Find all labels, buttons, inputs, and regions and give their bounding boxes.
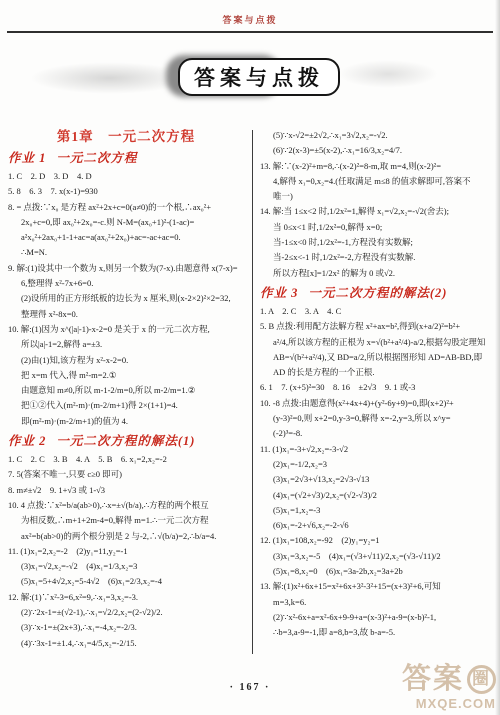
watermark-brand: 答案 圈 — [402, 663, 496, 695]
answer-line: 6. 1 7. (x+5)²=30 8. 16 ±2√3 9. 1 或-3 — [260, 380, 494, 395]
answer-line: 8. = 点拨:∵x₀ 是方程 ax²+2x+c=0(a≠0)的一个根,∴ax₀… — [8, 200, 244, 215]
answer-line: 5. 8 6. 3 7. x(x-1)=930 — [8, 184, 244, 199]
answer-line: (5)x₁=5+4√2,x₂=5-4√2 (6)x₁=2/3,x₂=-4 — [8, 574, 244, 589]
answer-line: (3)x₁=√2,x₂=-√2 (4)x₁=1/3,x₂=3 — [8, 559, 244, 574]
answer-line: 9. 解:(1)设其中一个数为 x,则另一个数为(7-x).由题意得 x(7-x… — [8, 261, 244, 276]
title-badge-text: 答案与点拨 — [194, 62, 324, 92]
answer-line: 4,解得 x₁=0,x₂=4.(任取满足 m≤8 的值求解即可,答案不 — [260, 174, 494, 189]
answer-line: AB=√(b²+a²/4),又 BD=a/2,所以根据图形知 AD=AB-BD,… — [260, 350, 494, 365]
section-title: 一元二次方程的解法(1) — [56, 434, 195, 448]
answer-line: 6,整理得 x²-7x+6=0. — [8, 276, 244, 291]
answer-line: 整理得 x²-8x=0. — [8, 307, 244, 322]
answer-line: 当-2≤x<-1 时,1/2x²=-2,方程没有实数解. — [260, 250, 494, 265]
answer-line: (3)∵x-1=±(2x+3),∴x₁=-4,x₂=-2/3. — [8, 620, 244, 635]
running-header-title: 答案与点拨 — [222, 15, 277, 25]
answer-line: 10. 4 点拨:∵x²=b/a(ab>0),∴x=±√(b/a),∴方程的两个… — [8, 498, 244, 513]
answer-line: 当-1≤x<0 时,1/2x²=-1,方程没有实数解; — [260, 235, 494, 250]
answer-line: (2)由(1)知,该方程为 x²-x-2=0. — [8, 353, 244, 368]
answer-line: (5)∵x-√2=±2√2,∴x₁=3√2,x₂=-√2. — [260, 128, 494, 143]
answer-line: 所以方程[x]=1/2x² 的解为 0 或√2. — [260, 266, 494, 281]
answer-line: (6)x₁=-2+√6,x₂=-2-√6 — [260, 518, 494, 533]
answer-line: 1. C 2. C 3. B 4. A 5. B 6. x₁=2,x₂=-2 — [8, 452, 244, 467]
answer-line: 11. (1)x₁=2,x₂=-2 (2)y₁=11,y₂=-1 — [8, 544, 244, 559]
watermark: 答案 圈 MXQE.COM — [402, 663, 496, 711]
section-heading: 作业 3一元二次方程的解法(2) — [260, 285, 494, 301]
answer-line: 7. 5(答案不唯一,只要 c≥0 即可) — [8, 467, 244, 482]
answer-line: ∴M=N. — [8, 245, 244, 260]
answer-line: a²x₀²+2ax₀+1-1+ac=a(ax₀²+2x₀)+ac=-ac+ac=… — [8, 230, 244, 245]
answer-line: 把①②代入(m²-m)·(m-2/m+1)得 2×(1+1)=4. — [8, 398, 244, 413]
section-label: 作业 1 — [8, 151, 46, 165]
answer-line: 5. B 点拨:利用配方法解方程 x²+ax=b²,得到(x+a/2)²=b²+ — [260, 319, 494, 334]
title-badge: 答案与点拨 — [0, 54, 500, 106]
answer-line: 1. A 2. C 3. A 4. C — [260, 304, 494, 319]
scan-edge-shade — [495, 0, 500, 715]
section-heading: 作业 2一元二次方程的解法(1) — [8, 433, 244, 449]
answer-line: ∴b=3,a-9=-1,即 a=8,b=3,故 b-a=-5. — [260, 625, 494, 640]
answer-line: (6)∵2(x-3)=±5(x-2),∴x₁=16/3,x₂=4/7. — [260, 143, 494, 158]
right-column: (5)∵x-√2=±2√2,∴x₁=3√2,x₂=-√2.(6)∵2(x-3)=… — [260, 128, 494, 660]
answer-line: (3)x₁=3,x₂=-5 (4)x₁=(√3+√11)/2,x₂=(√3-√1… — [260, 549, 494, 564]
answer-line: (2)设所用的正方形纸板的边长为 x 厘米,则(x-2×2)²×2=32, — [8, 291, 244, 306]
answer-line: (3)x₁=2√3+√13,x₂=2√3-√13 — [260, 472, 494, 487]
section-label: 作业 2 — [8, 434, 46, 448]
watermark-logo-icon: 圈 — [467, 665, 496, 694]
answer-line: 8. m≠±√2 9. 1+√3 或 1-√3 — [8, 483, 244, 498]
answer-line: 12. (1)x₁=108,x₂=-92 (2)y₁=y₂=1 — [260, 533, 494, 548]
answer-line: ax²=b(ab>0)的两个根分别是 2 与-2,∴√(b/a)=2,∴b/a=… — [8, 529, 244, 544]
answer-line: 2x₀+c=0,即 ax₀²+2x₀=-c.则 N-M=(ax₀+1)²-(1-… — [8, 215, 244, 230]
left-column: 第1章 一元二次方程作业 1一元二次方程1. C 2. D 3. D 4. D5… — [8, 128, 244, 660]
answer-line: 14. 解:当 1≤x<2 时,1/2x²=1,解得 x₁=√2,x₂=-√2(… — [260, 204, 494, 219]
watermark-url: MXQE.COM — [402, 696, 496, 711]
answer-line: 即(m²-m)·(m-2/m+1)的值为 4. — [8, 414, 244, 429]
answer-line: 所以|a|-1=2,解得 a=±3. — [8, 337, 244, 352]
answer-line: 唯一) — [260, 189, 494, 204]
chapter-title: 第1章 一元二次方程 — [8, 128, 244, 146]
answer-line: (4)x₁=(√2+√3)/2,x₂=(√2-√3)/2 — [260, 488, 494, 503]
answer-line: m=3,k=6. — [260, 595, 494, 610]
answer-line: 由题意知 m≠0,所以 m-1-2/m=0,所以 m-2/m=1.② — [8, 383, 244, 398]
answer-line: 当 0≤x<1 时,1/2x²=0,解得 x=0; — [260, 220, 494, 235]
answer-line: 为相反数,∴m+1+2m-4=0,解得 m=1.∴一元二次方程 — [8, 513, 244, 528]
section-label: 作业 3 — [260, 286, 298, 300]
answer-line: 13. 解:(1)x²+6x+15=x²+6x+3²-3²+15=(x+3)²+… — [260, 579, 494, 594]
answer-line: 12. 解:(1)∵x²-3=6,x²=9,∴x₁=3,x₂=-3. — [8, 590, 244, 605]
answer-line: 1. C 2. D 3. D 4. D — [8, 169, 244, 184]
answer-line: 13. 解:∵(x-2)²+m=8,∴(x-2)²=8-m,取 m=4,则(x-… — [260, 159, 494, 174]
answer-line: 10. -8 点拨:由题意得(x²+4x+4)+(y²-6y+9)=0,即(x+… — [260, 396, 494, 411]
answer-line: (4)∵3x-1=±1.4,∴x₁=4/5,x₂=-2/15. — [8, 636, 244, 651]
answer-line: 10. 解:(1)因为 x^(|a|-1)-x-2=0 是关于 x 的一元二次方… — [8, 322, 244, 337]
answer-line: (5)x₁=8,x₂=0 (6)x₁=3a-2b,x₂=3a+2b — [260, 564, 494, 579]
answer-line: 11. (1)x₁=-3+√2,x₂=-3-√2 — [260, 442, 494, 457]
answer-line: (y-3)²=0,则 x+2=0,y-3=0,解得 x=-2,y=3,所以 x^… — [260, 411, 494, 426]
answer-line: (2)x₁=-1/2,x₂=3 — [260, 457, 494, 472]
watermark-brand-text: 答案 — [402, 663, 464, 695]
answer-line: (5)x₁=1,x₂=-3 — [260, 503, 494, 518]
answer-line: 把 x=m 代入,得 m²-m=2.① — [8, 368, 244, 383]
scan-smudge-right — [338, 60, 438, 88]
section-title: 一元二次方程 — [56, 151, 137, 165]
column-divider — [252, 130, 253, 654]
book-page: 答案与点拨 答案与点拨 第1章 一元二次方程作业 1一元二次方程1. C 2. … — [0, 0, 500, 715]
header-rule — [7, 31, 493, 33]
section-title: 一元二次方程的解法(2) — [308, 286, 447, 300]
title-badge-box: 答案与点拨 — [178, 58, 340, 96]
content-columns: 第1章 一元二次方程作业 1一元二次方程1. C 2. D 3. D 4. D5… — [8, 128, 494, 660]
answer-line: AD 的长是方程的一个正根. — [260, 365, 494, 380]
running-header: 答案与点拨 — [0, 13, 500, 26]
section-heading: 作业 1一元二次方程 — [8, 150, 244, 166]
answer-line: a²/4,所以该方程的正根为 x=√(b²+a²/4)-a/2,根据勾股定理知 — [260, 335, 494, 350]
answer-line: (-2)³=-8. — [260, 426, 494, 441]
answer-line: (2)∵2x-1=±(√2-1),∴x₁=√2/2,x₂=(2-√2)/2. — [8, 605, 244, 620]
answer-line: (2)∵x²-6x+a=x²-6x+9-9+a=(x-3)²+a-9=(x-b)… — [260, 610, 494, 625]
